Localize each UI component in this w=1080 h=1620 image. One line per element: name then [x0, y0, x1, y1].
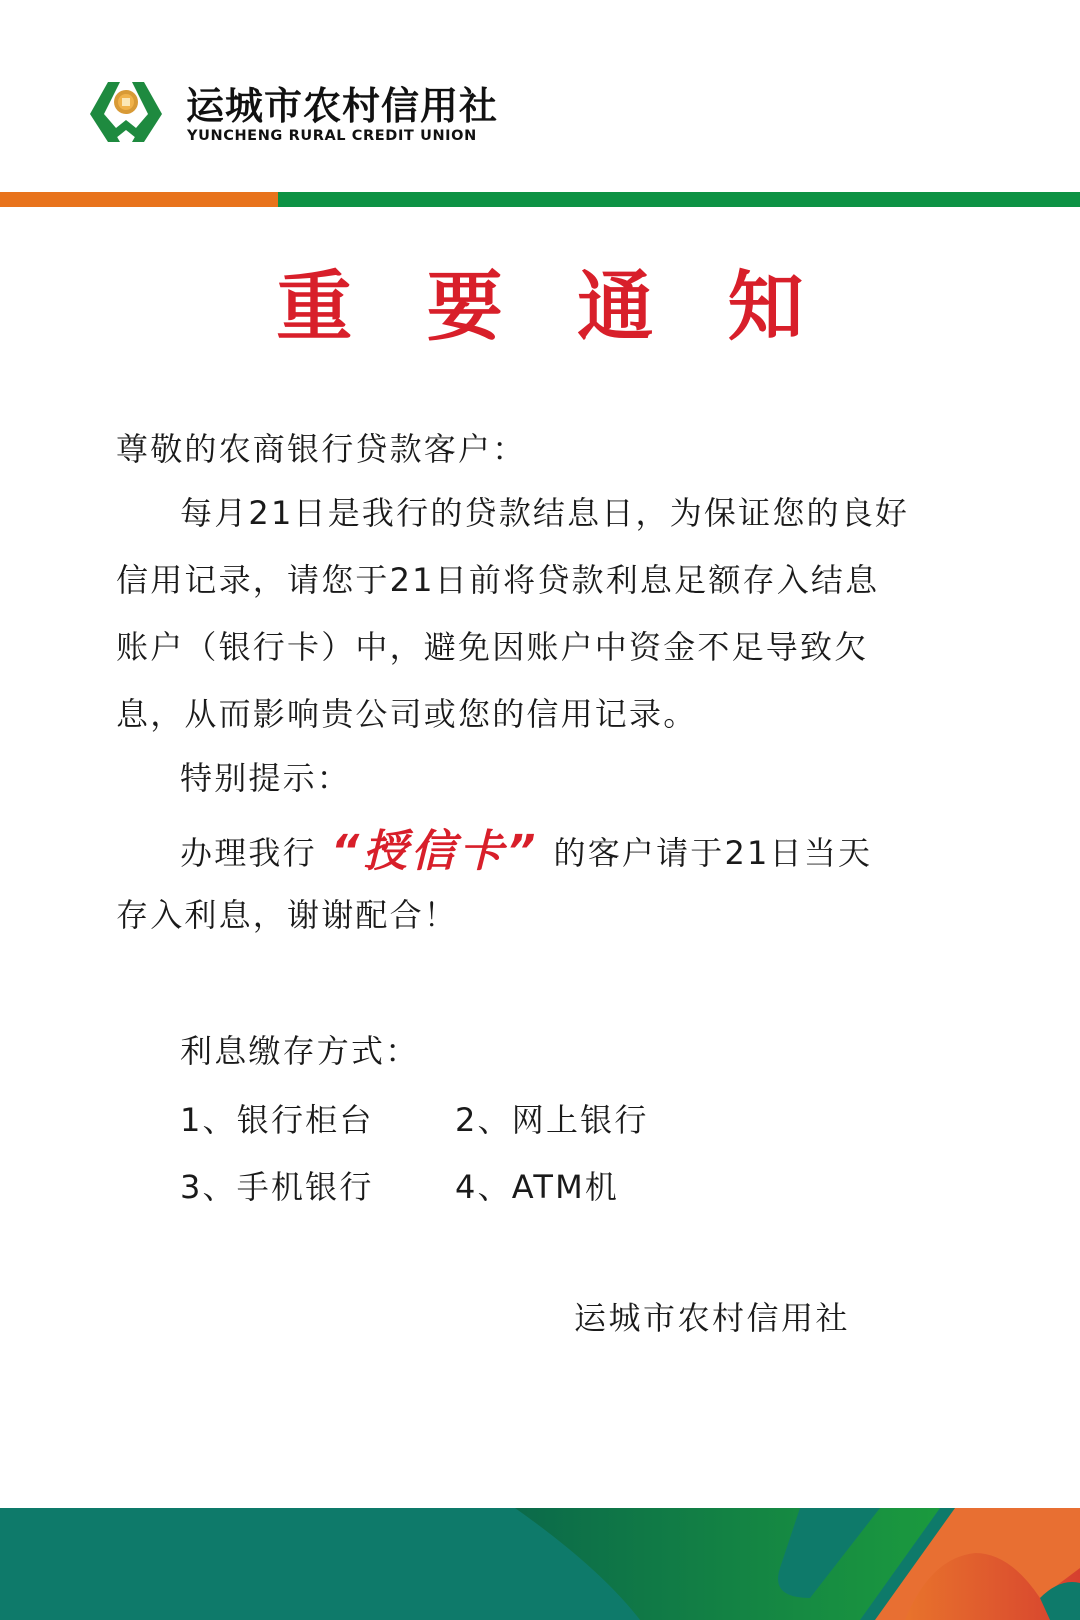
tip-prefix: 办理我行	[180, 834, 317, 872]
method-item: 2、网上银行	[455, 1095, 730, 1141]
header: 运城市农村信用社 YUNCHENG RURAL CREDIT UNION	[0, 0, 1080, 190]
special-tip-line: 办理我行“授信卡”的客户请于21日当天	[180, 818, 872, 887]
org-name-en: YUNCHENG RURAL CREDIT UNION	[187, 128, 477, 144]
divider-green-segment	[278, 192, 1080, 207]
paragraph-line: 信用记录，请您于21日前将贷款利息足额存入结息	[116, 547, 966, 614]
method-item: 3、手机银行	[180, 1162, 455, 1208]
paragraph-line: 息，从而影响贵公司或您的信用记录。	[116, 681, 966, 748]
signature: 运城市农村信用社	[574, 1294, 850, 1342]
methods-row: 1、银行柜台 2、网上银行	[180, 1084, 880, 1151]
payment-methods-list: 1、银行柜台 2、网上银行 3、手机银行 4、ATM机	[180, 1084, 880, 1218]
notice-paragraph: 每月21日是我行的贷款结息日，为保证您的良好 信用记录，请您于21日前将贷款利息…	[116, 480, 966, 748]
paragraph-line: 每月21日是我行的贷款结息日，为保证您的良好	[116, 480, 966, 547]
payment-methods-label: 利息缴存方式：	[180, 1018, 419, 1085]
special-tip-line-2: 存入利息，谢谢配合！	[116, 882, 458, 949]
credit-card-highlight: “授信卡”	[331, 826, 540, 877]
notice-title: 重 要 通 知	[0, 262, 1080, 352]
header-divider	[0, 192, 1080, 207]
special-tip-label: 特别提示：	[180, 745, 351, 812]
tip-suffix: 的客户请于21日当天	[554, 834, 873, 872]
salutation: 尊敬的农商银行贷款客户：	[116, 416, 966, 483]
method-item: 4、ATM机	[455, 1162, 730, 1208]
method-item: 1、银行柜台	[180, 1095, 455, 1141]
paragraph-line: 账户（银行卡）中，避免因账户中资金不足导致欠	[116, 614, 966, 681]
divider-orange-segment	[0, 192, 278, 207]
org-name-cn: 运城市农村信用社	[186, 84, 498, 128]
methods-row: 3、手机银行 4、ATM机	[180, 1151, 880, 1218]
credit-union-logo-icon	[86, 80, 166, 148]
footer-decoration	[0, 1508, 1080, 1620]
